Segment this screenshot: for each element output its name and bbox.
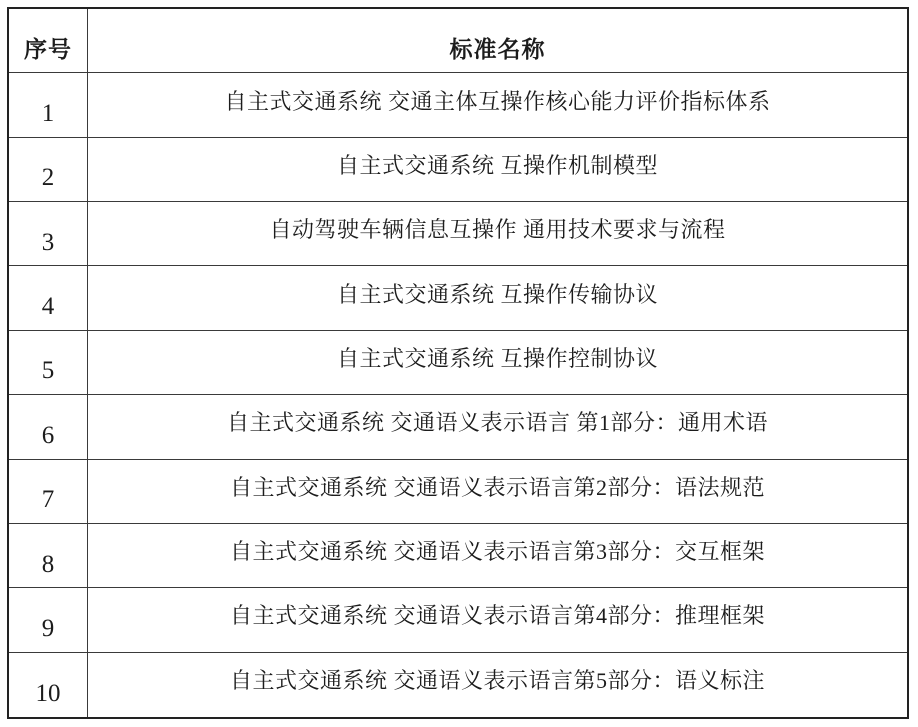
row-number: 8 <box>9 524 88 588</box>
row-number: 9 <box>9 588 88 652</box>
standard-name: 自主式交通系统 交通主体互操作核心能力评价指标体系 <box>88 73 907 137</box>
row-number: 5 <box>9 331 88 395</box>
row-number: 1 <box>9 73 88 137</box>
row-number: 2 <box>9 138 88 202</box>
row-number: 7 <box>9 460 88 524</box>
standard-name: 自主式交通系统 交通语义表示语言第2部分：语法规范 <box>88 460 907 524</box>
row-number: 3 <box>9 202 88 266</box>
standard-name: 自主式交通系统 交通语义表示语言第5部分：语义标注 <box>88 653 907 717</box>
standard-name: 自主式交通系统 交通语义表示语言 第1部分：通用术语 <box>88 395 907 459</box>
standard-name: 自主式交通系统 互操作机制模型 <box>88 138 907 202</box>
standards-table: 序号 标准名称 1 自主式交通系统 交通主体互操作核心能力评价指标体系 2 自主… <box>7 7 909 719</box>
standard-name: 自主式交通系统 交通语义表示语言第3部分：交互框架 <box>88 524 907 588</box>
header-index-column: 序号 <box>9 9 88 73</box>
standard-name: 自主式交通系统 互操作控制协议 <box>88 331 907 395</box>
standard-name: 自主式交通系统 互操作传输协议 <box>88 266 907 330</box>
standard-name: 自主式交通系统 交通语义表示语言第4部分：推理框架 <box>88 588 907 652</box>
document-page: 序号 标准名称 1 自主式交通系统 交通主体互操作核心能力评价指标体系 2 自主… <box>0 0 918 727</box>
row-number: 10 <box>9 653 88 717</box>
header-name-column: 标准名称 <box>88 9 907 73</box>
row-number: 6 <box>9 395 88 459</box>
standard-name: 自动驾驶车辆信息互操作 通用技术要求与流程 <box>88 202 907 266</box>
row-number: 4 <box>9 266 88 330</box>
